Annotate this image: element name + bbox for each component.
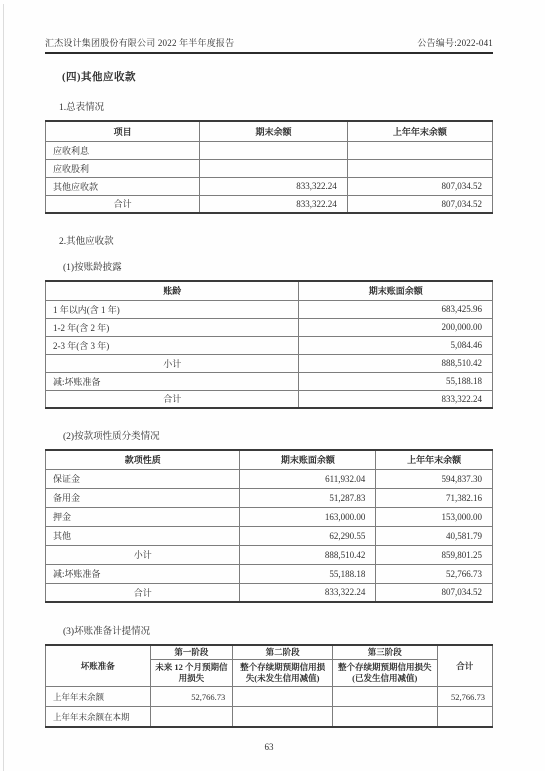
cell-value: 71,382.16	[376, 488, 493, 507]
cell-value: 5,084.46	[299, 336, 493, 354]
table-row: 2-3 年(含 3 年) 5,084.46	[46, 336, 493, 354]
col-header: 期末账面余额	[240, 450, 376, 469]
subsection-heading-other: 2.其他应收款	[45, 233, 493, 247]
aging-table: 账龄 期末账面余额 1 年以内(含 1 年) 683,425.96 1-2 年(…	[45, 280, 493, 409]
col-subheader-stage1: 未来 12 个月预期信用损失	[150, 660, 233, 687]
col-header: 账龄	[46, 281, 299, 300]
row-label: 减:坏账准备	[46, 564, 240, 583]
row-label: 应收股利	[46, 159, 200, 177]
row-label: 合计	[46, 195, 200, 213]
col-header-total: 合计	[437, 645, 492, 687]
cell-value: 833,322.24	[240, 583, 376, 602]
table-row-total: 合计 833,322.24 807,034.52	[46, 195, 493, 213]
table-row: 其他应收款 833,322.24 807,034.52	[46, 177, 493, 195]
row-label: 其他应收款	[46, 177, 200, 195]
cell-value: 55,188.18	[240, 564, 376, 583]
cell-value: 62,290.55	[240, 526, 376, 545]
cell-value	[233, 687, 333, 707]
cell-value: 163,000.00	[240, 507, 376, 526]
subsection-heading-provision: (3)坏账准备计提情况	[45, 623, 493, 637]
table-row: 上年年末余额 52,766.73 52,766.73	[46, 687, 493, 707]
cell-value	[347, 141, 492, 159]
col-subheader-stage2: 整个存续期预期信用损失(未发生信用减值)	[233, 660, 333, 687]
cell-value	[347, 159, 492, 177]
table-header-row: 账龄 期末账面余额	[46, 281, 493, 300]
row-label: 备用金	[46, 488, 240, 507]
provision-table: 坏账准备 第一阶段 第二阶段 第三阶段 合计 未来 12 个月预期信用损失 整个…	[45, 644, 493, 728]
cell-value: 55,188.18	[299, 372, 493, 390]
cell-value: 888,510.42	[299, 354, 493, 372]
table-row: 应收利息	[46, 141, 493, 159]
cell-value: 200,000.00	[299, 318, 493, 336]
table-row-subtotal: 小计 888,510.42	[46, 354, 493, 372]
row-label: 保证金	[46, 469, 240, 488]
cell-value: 52,766.73	[376, 564, 493, 583]
page-number: 63	[45, 742, 493, 752]
col-subheader-stage3: 整个存续期预期信用损失(已发生信用减值)	[332, 660, 437, 687]
col-header-stage1: 第一阶段	[150, 645, 233, 660]
table-header-row: 款项性质 期末账面余额 上年年末余额	[46, 450, 493, 469]
col-header: 上年年末余额	[376, 450, 493, 469]
table-row: 1-2 年(含 2 年) 200,000.00	[46, 318, 493, 336]
cell-value: 153,000.00	[376, 507, 493, 526]
row-label: 1 年以内(含 1 年)	[46, 300, 299, 318]
cell-value: 888,510.42	[240, 545, 376, 564]
cell-value: 807,034.52	[347, 177, 492, 195]
col-header: 期末余额	[200, 121, 348, 141]
subsection-heading-summary: 1.总表情况	[45, 99, 493, 113]
page-header: 汇杰设计集团股份有限公司 2022 年半年度报告 公告编号:2022-041	[45, 36, 493, 54]
summary-table: 项目 期末余额 上年年末余额 应收利息 应收股利 其他应收款 833,322.2…	[45, 120, 493, 214]
col-header-stage2: 第二阶段	[233, 645, 333, 660]
section-heading: (四)其他应收款	[45, 69, 493, 84]
table-row: 保证金 611,932.04 594,837.30	[46, 469, 493, 488]
row-label: 上年年末余额在本期	[46, 707, 151, 727]
cell-value: 51,287.83	[240, 488, 376, 507]
cell-value: 52,766.73	[437, 687, 492, 707]
row-label: 1-2 年(含 2 年)	[46, 318, 299, 336]
cell-value: 594,837.30	[376, 469, 493, 488]
cell-value: 807,034.52	[347, 195, 492, 213]
subsection-heading-nature: (2)按款项性质分类情况	[45, 428, 493, 442]
table-row: 应收股利	[46, 159, 493, 177]
cell-value	[332, 687, 437, 707]
page-content: 汇杰设计集团股份有限公司 2022 年半年度报告 公告编号:2022-041 (…	[0, 0, 545, 752]
row-label: 减:坏账准备	[46, 372, 299, 390]
col-header: 项目	[46, 121, 200, 141]
cell-value	[437, 707, 492, 727]
cell-value: 833,322.24	[200, 177, 348, 195]
table-header-row: 项目 期末余额 上年年末余额	[46, 121, 493, 141]
col-header-stage3: 第三阶段	[332, 645, 437, 660]
row-label: 合计	[46, 583, 240, 602]
report-page: 汇杰设计集团股份有限公司 2022 年半年度报告 公告编号:2022-041 (…	[0, 0, 545, 771]
col-header: 上年年末余额	[347, 121, 492, 141]
row-label: 小计	[46, 545, 240, 564]
cell-value	[332, 707, 437, 727]
cell-value: 40,581.79	[376, 526, 493, 545]
cell-value: 52,766.73	[150, 687, 233, 707]
row-label: 上年年末余额	[46, 687, 151, 707]
table-row: 押金 163,000.00 153,000.00	[46, 507, 493, 526]
table-row: 备用金 51,287.83 71,382.16	[46, 488, 493, 507]
row-label: 小计	[46, 354, 299, 372]
table-header-row: 坏账准备 第一阶段 第二阶段 第三阶段 合计	[46, 645, 493, 660]
cell-value	[200, 141, 348, 159]
row-label: 合计	[46, 390, 299, 408]
row-label: 应收利息	[46, 141, 200, 159]
table-row: 减:坏账准备 55,188.18 52,766.73	[46, 564, 493, 583]
report-title: 汇杰设计集团股份有限公司 2022 年半年度报告	[45, 36, 234, 49]
table-row-subtotal: 小计 888,510.42 859,801.25	[46, 545, 493, 564]
table-row: 上年年末余额在本期	[46, 707, 493, 727]
cell-value: 833,322.24	[299, 390, 493, 408]
subsection-heading-aging: (1)按账龄披露	[45, 259, 493, 273]
table-row: 1 年以内(含 1 年) 683,425.96	[46, 300, 493, 318]
cell-value	[200, 159, 348, 177]
cell-value: 683,425.96	[299, 300, 493, 318]
row-label: 2-3 年(含 3 年)	[46, 336, 299, 354]
cell-value	[233, 707, 333, 727]
cell-value: 859,801.25	[376, 545, 493, 564]
col-header: 款项性质	[46, 450, 240, 469]
cell-value	[150, 707, 233, 727]
col-header: 期末账面余额	[299, 281, 493, 300]
announcement-number: 公告编号:2022-041	[417, 36, 493, 49]
cell-value: 611,932.04	[240, 469, 376, 488]
table-row-total: 合计 833,322.24 807,034.52	[46, 583, 493, 602]
cell-value: 833,322.24	[200, 195, 348, 213]
table-row-total: 合计 833,322.24	[46, 390, 493, 408]
row-label: 其他	[46, 526, 240, 545]
table-row: 其他 62,290.55 40,581.79	[46, 526, 493, 545]
nature-table: 款项性质 期末账面余额 上年年末余额 保证金 611,932.04 594,83…	[45, 449, 493, 603]
row-label: 押金	[46, 507, 240, 526]
table-row: 减:坏账准备 55,188.18	[46, 372, 493, 390]
cell-value: 807,034.52	[376, 583, 493, 602]
col-header-corner: 坏账准备	[46, 645, 151, 687]
